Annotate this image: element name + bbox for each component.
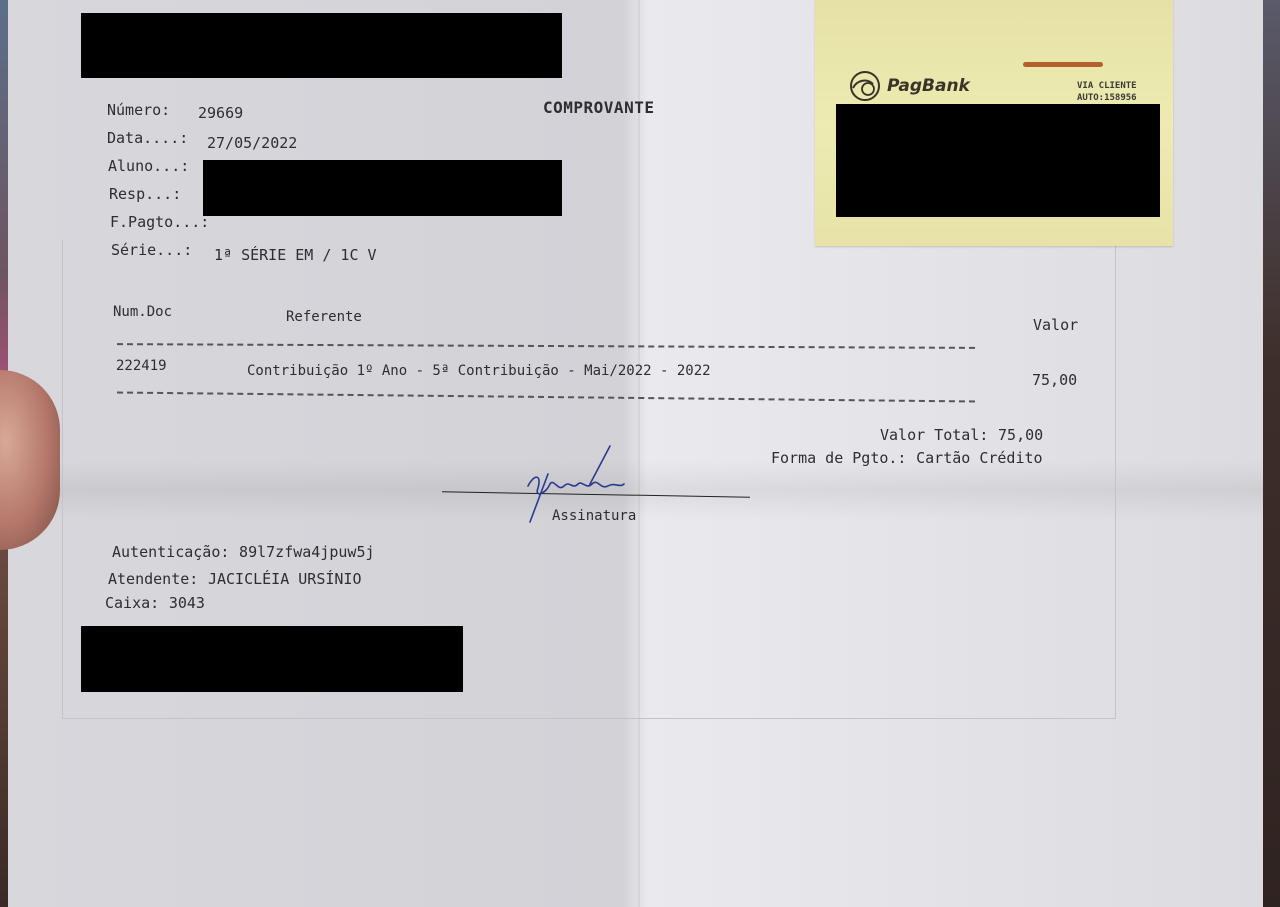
field-fpagto-label: F.Pagto...: — [110, 213, 209, 231]
field-numero-value: 29669 — [198, 104, 243, 122]
field-serie-label: Série...: — [111, 241, 192, 259]
pagbank-brand: PagBank — [849, 70, 970, 102]
authentication-label: Autenticação: — [112, 543, 229, 561]
cashier-value: 3043 — [169, 594, 205, 612]
total-value: 75,00 — [998, 426, 1043, 444]
field-resp-label: Resp...: — [109, 185, 181, 203]
slip-copy-label: VIA CLIENTE — [1077, 80, 1137, 92]
total-line: Valor Total: 75,00 — [880, 425, 1043, 444]
field-aluno-label: Aluno...: — [108, 157, 189, 175]
attendant-line: Atendente: JACICLÉIA URSÍNIO — [108, 569, 361, 588]
cashier-line: Caixa: 3043 — [105, 593, 205, 612]
signature-label: Assinatura — [552, 508, 636, 524]
field-serie-value: 1ª SÉRIE EM / 1C V — [214, 246, 377, 264]
redacted-card-details — [836, 104, 1160, 217]
attendant-label: Atendente: — [108, 570, 198, 588]
pagbank-name: PagBank — [887, 76, 970, 96]
pagbank-card-slip: PagBank VIA CLIENTE AUTO:158956 — [815, 0, 1173, 246]
total-label: Valor Total: — [880, 426, 988, 444]
row-referente: Contribuição 1º Ano - 5ª Contribuição - … — [247, 363, 711, 379]
redacted-header — [81, 13, 562, 78]
slip-auth-code: AUTO:158956 — [1077, 92, 1137, 104]
authentication-line: Autenticação: 89l7zfwa4jpuw5j — [112, 542, 375, 561]
authentication-value: 89l7zfwa4jpuw5j — [239, 543, 374, 561]
payment-method-value: Cartão Crédito — [916, 449, 1042, 467]
attendant-value: JACICLÉIA URSÍNIO — [208, 570, 362, 588]
cashier-label: Caixa: — [105, 594, 159, 612]
payment-method-line: Forma de Pgto.: Cartão Crédito — [771, 448, 1043, 467]
redacted-footer — [81, 626, 463, 692]
field-data-label: Data....: — [107, 129, 188, 147]
field-numero-label: Número: — [107, 101, 170, 119]
column-valor: Valor — [1033, 316, 1078, 334]
redacted-student-guardian — [203, 160, 562, 216]
pen-mark — [1023, 62, 1103, 67]
column-num-doc: Num.Doc — [113, 304, 172, 320]
payment-method-label: Forma de Pgto.: — [771, 449, 906, 467]
receipt-title: COMPROVANTE — [543, 98, 654, 117]
column-referente: Referente — [286, 309, 362, 325]
row-num-doc: 222419 — [116, 358, 167, 374]
pagbank-logo-icon — [849, 70, 881, 102]
row-valor: 75,00 — [1032, 371, 1077, 389]
field-data-value: 27/05/2022 — [207, 134, 297, 152]
